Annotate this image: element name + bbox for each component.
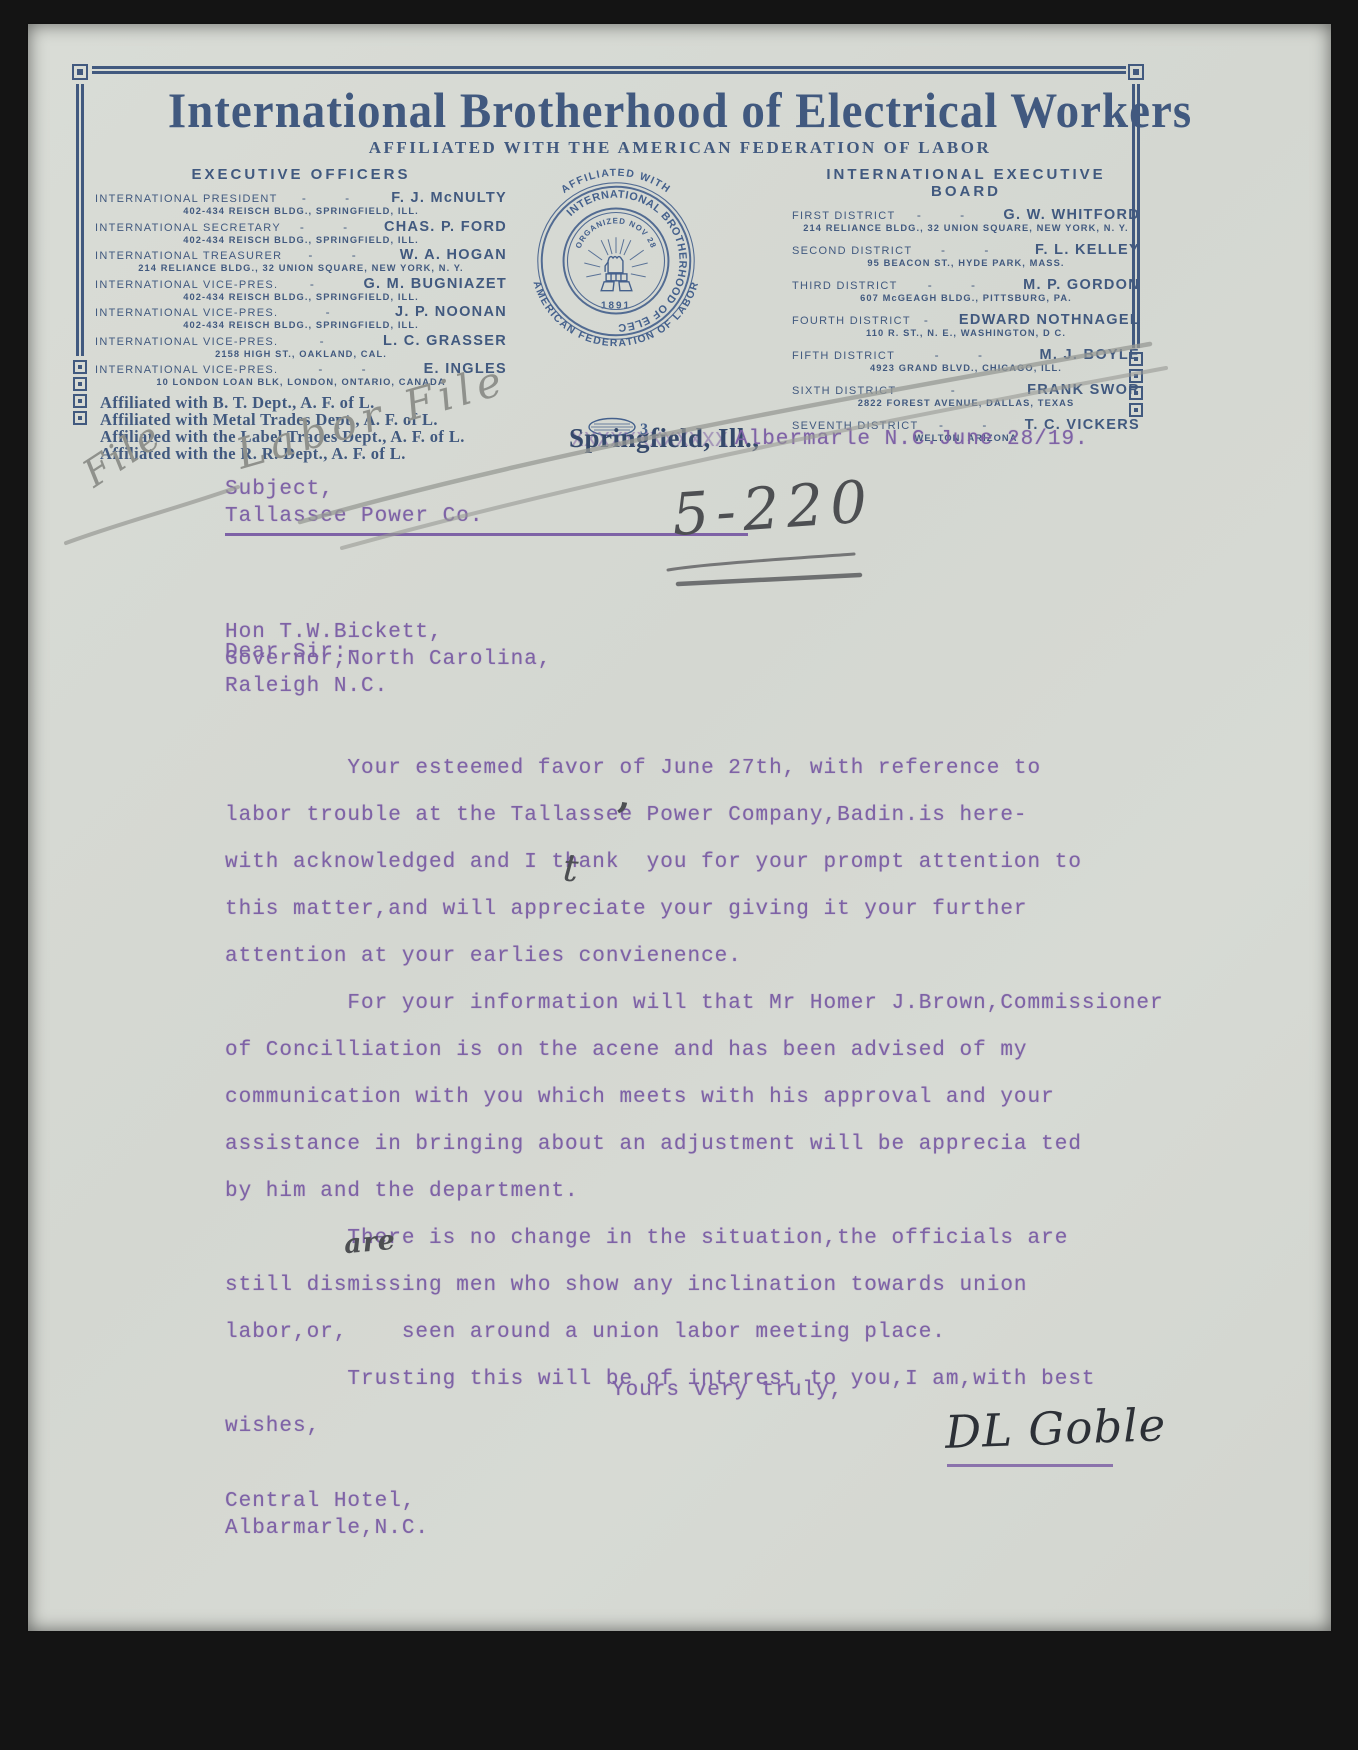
officer-separator: - <box>278 305 395 319</box>
sender-location: Central Hotel,Albarmarle,N.C. <box>225 1419 429 1542</box>
officer-address: 402-434 REISCH BLDG., SPRINGFIELD, ILL. <box>95 235 507 245</box>
district-row: FIRST DISTRICT - - G. W. WHITFORD <box>792 207 1140 223</box>
officer-separator: - <box>278 334 383 348</box>
union-seal: AFFILIATED WITH AMERICAN FEDERATION OF L… <box>517 162 715 360</box>
district-address: 214 RELIANCE BLDG., 32 UNION SQUARE, NEW… <box>792 223 1140 233</box>
signature-underline <box>947 1464 1113 1467</box>
board-list: FIRST DISTRICT - - G. W. WHITFORD 214 RE… <box>792 207 1140 443</box>
district-row: THIRD DISTRICT - - M. P. GORDON <box>792 277 1140 293</box>
district-row: SIXTH DISTRICT - FRANK SWOR <box>792 382 1140 398</box>
district-separator: - - <box>898 278 1024 292</box>
body-line: Your esteemed favor of June 27th, with r… <box>225 745 1164 792</box>
body-line: labor,or, seen around a union labor meet… <box>225 1309 1164 1356</box>
officer-row: INTERNATIONAL VICE-PRES. - L. C. GRASSER <box>95 333 507 349</box>
district-title: THIRD DISTRICT <box>792 280 898 292</box>
officer-title: INTERNATIONAL VICE-PRES. <box>95 307 278 319</box>
officers-header: EXECUTIVE OFFICERS <box>95 166 507 183</box>
officer-title: INTERNATIONAL VICE-PRES. <box>95 279 278 291</box>
district-separator: - <box>911 313 959 327</box>
district-row: SECOND DISTRICT - - F. L. KELLEY <box>792 242 1140 258</box>
district-name: G. W. WHITFORD <box>1003 207 1140 223</box>
border-left-rule <box>76 84 84 356</box>
district-name: M. P. GORDON <box>1023 277 1140 293</box>
fist-icon <box>601 257 632 291</box>
border-top-rule <box>92 66 1126 74</box>
district-row: FOURTH DISTRICT - EDWARD NOTHNAGEL <box>792 312 1140 328</box>
officer-name: G. M. BUGNIAZET <box>363 276 507 292</box>
officer-name: CHAS. P. FORD <box>384 219 507 235</box>
body-line: communication with you which meets with … <box>225 1074 1164 1121</box>
district-address: 4923 GRAND BLVD., CHICAGO, ILL. <box>792 363 1140 373</box>
officer-title: INTERNATIONAL TREASURER <box>95 250 282 262</box>
district-address: 95 BEACON ST., HYDE PARK, MASS. <box>792 258 1140 268</box>
officer-address: 2158 HIGH ST., OAKLAND, CAL. <box>95 349 507 359</box>
body-line: attention at your earlies convienence. <box>225 933 1164 980</box>
officer-address: 214 RELIANCE BLDG., 32 UNION SQUARE, NEW… <box>95 263 507 273</box>
body-line: by him and the department. <box>225 1168 1164 1215</box>
district-row: FIFTH DISTRICT - - M. J. BOYLE <box>792 347 1140 363</box>
border-corner-right <box>1128 64 1144 80</box>
body-line: with acknowledged and I thank you for yo… <box>225 839 1164 886</box>
executive-board-column: INTERNATIONAL EXECUTIVE BOARD FIRST DIST… <box>792 166 1140 452</box>
typed-date: Albermarle N.C.June 28/19. <box>735 428 1089 451</box>
officer-separator: - - <box>281 220 384 234</box>
district-name: EDWARD NOTHNAGEL <box>959 312 1140 328</box>
pencil-inserted-t: t <box>561 846 579 891</box>
officer-separator: - <box>278 277 363 291</box>
officer-row: INTERNATIONAL SECRETARY - - CHAS. P. FOR… <box>95 219 507 235</box>
body-line: still dismissing men who show any inclin… <box>225 1262 1164 1309</box>
border-left-squares <box>73 360 87 425</box>
subject-label: Subject, <box>225 478 334 501</box>
officer-title: INTERNATIONAL VICE-PRES. <box>95 336 278 348</box>
district-address: 2822 FOREST AVENUE, DALLAS, TEXAS <box>792 398 1140 408</box>
letter-paper: International Brotherhood of Electrical … <box>28 24 1331 1631</box>
organization-subtitle: AFFILIATED WITH THE AMERICAN FEDERATION … <box>90 138 1270 158</box>
subject-text: Tallassee Power Co. <box>225 505 748 536</box>
border-corner-left <box>72 64 88 80</box>
officer-title: INTERNATIONAL PRESIDENT <box>95 193 278 205</box>
body-line: of Concilliation is on the acene and has… <box>225 1027 1164 1074</box>
district-title: SECOND DISTRICT <box>792 245 912 257</box>
officer-address: 402-434 REISCH BLDG., SPRINGFIELD, ILL. <box>95 320 507 330</box>
officer-name: L. C. GRASSER <box>383 333 507 349</box>
officer-row: INTERNATIONAL PRESIDENT - - F. J. McNULT… <box>95 190 507 206</box>
officer-name: J. P. NOONAN <box>395 304 507 320</box>
closing-line: Yours very truly, <box>612 1379 843 1402</box>
photo-background: { "colors": { "paper": "#d6d9d3", "frame… <box>0 0 1358 1750</box>
printed-city: Springfield, Ill., <box>569 423 760 454</box>
district-separator: - - <box>912 243 1035 257</box>
officer-row: INTERNATIONAL VICE-PRES. - G. M. BUGNIAZ… <box>95 276 507 292</box>
salutation: Dear Sir:- <box>225 641 361 664</box>
body-line: For your information will that Mr Homer … <box>225 980 1164 1027</box>
officer-address: 402-434 REISCH BLDG., SPRINGFIELD, ILL. <box>95 292 507 302</box>
officer-address: 402-434 REISCH BLDG., SPRINGFIELD, ILL. <box>95 206 507 216</box>
officer-name: W. A. HOGAN <box>400 247 507 263</box>
officer-separator: - - <box>278 362 423 376</box>
body-line: assistance in bringing about an adjustme… <box>225 1121 1164 1168</box>
officer-row: INTERNATIONAL VICE-PRES. - J. P. NOONAN <box>95 304 507 320</box>
sender-line: Albarmarle,N.C. <box>225 1515 429 1542</box>
officer-separator: - - <box>278 191 392 205</box>
body-line: labor trouble at the Tallassee Power Com… <box>225 792 1164 839</box>
district-title: FIRST DISTRICT <box>792 210 896 222</box>
district-name: F. L. KELLEY <box>1035 242 1140 258</box>
district-address: 607 McGEAGH BLDG., PITTSBURG, PA. <box>792 293 1140 303</box>
district-title: FIFTH DISTRICT <box>792 350 895 362</box>
district-title: SIXTH DISTRICT <box>792 385 896 397</box>
officers-list: INTERNATIONAL PRESIDENT - - F. J. McNULT… <box>95 190 507 387</box>
district-address: 110 R. ST., N. E., WASHINGTON, D C. <box>792 328 1140 338</box>
district-name: M. J. BOYLE <box>1039 347 1140 363</box>
officer-separator: - - <box>282 248 399 262</box>
district-name: FRANK SWOR <box>1027 382 1140 398</box>
pencil-are-correction: are <box>343 1225 397 1260</box>
signature: DL Goble <box>944 1398 1167 1459</box>
officer-name: F. J. McNULTY <box>391 190 507 206</box>
letter-body: Your esteemed favor of June 27th, with r… <box>225 676 1164 1450</box>
sender-line: Central Hotel, <box>225 1488 429 1515</box>
board-header: INTERNATIONAL EXECUTIVE BOARD <box>792 166 1140 200</box>
officer-row: INTERNATIONAL TREASURER - - W. A. HOGAN <box>95 247 507 263</box>
body-line: this matter,and will appreciate your giv… <box>225 886 1164 933</box>
handwritten-file-number: 5-220 <box>670 467 876 549</box>
seal-year: 1891 <box>601 301 631 312</box>
officer-title: INTERNATIONAL VICE-PRES. <box>95 364 278 376</box>
district-title: FOURTH DISTRICT <box>792 315 911 327</box>
district-separator: - - <box>895 348 1039 362</box>
district-separator: - - <box>896 208 1004 222</box>
officer-title: INTERNATIONAL SECRETARY <box>95 222 281 234</box>
executive-officers-column: EXECUTIVE OFFICERS INTERNATIONAL PRESIDE… <box>95 166 507 390</box>
district-separator: - <box>896 383 1027 397</box>
organization-title: International Brotherhood of Electrical … <box>90 82 1270 139</box>
